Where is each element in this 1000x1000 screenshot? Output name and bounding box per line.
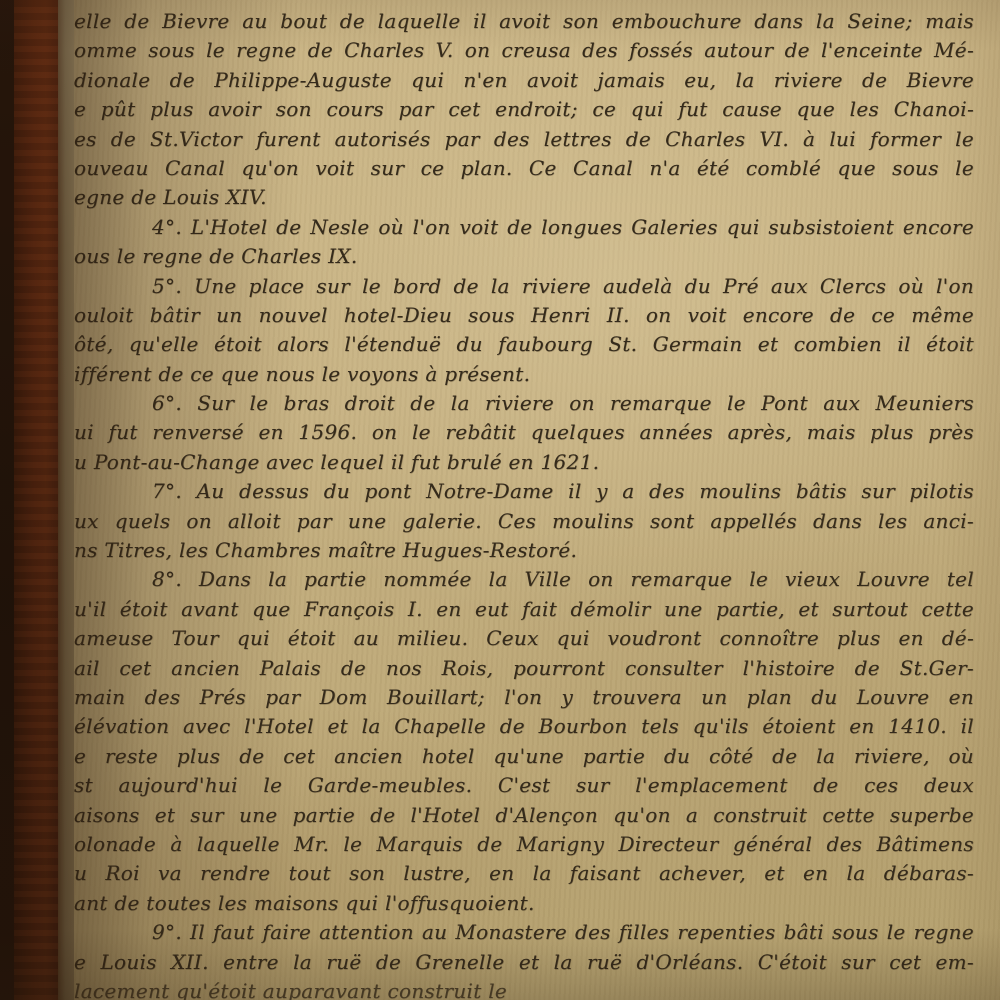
manuscript-line: 5°. Une place sur le bord de la riviere …: [74, 272, 974, 301]
manuscript-line: lacement qu'étoit auparavant construit l…: [74, 977, 974, 1000]
manuscript-line: e Louis XII. entre la ruë de Grenelle et…: [74, 948, 974, 977]
manuscript-line: 6°. Sur le bras droit de la riviere on r…: [74, 389, 974, 418]
manuscript-line: ôté, qu'elle étoit alors l'étenduë du fa…: [74, 330, 974, 359]
manuscript-line: e pût plus avoir son cours par cet endro…: [74, 95, 974, 124]
manuscript-line: ail cet ancien Palais de nos Rois, pourr…: [74, 654, 974, 683]
manuscript-line: ous le regne de Charles IX.: [74, 242, 974, 271]
manuscript-line: ifférent de ce que nous le voyons à prés…: [74, 360, 974, 389]
manuscript-line: u Roi va rendre tout son lustre, en la f…: [74, 859, 974, 888]
manuscript-line: 9°. Il faut faire attention au Monastere…: [74, 918, 974, 947]
manuscript-line: aisons et sur une partie de l'Hotel d'Al…: [74, 801, 974, 830]
manuscript-line: es de St.Victor furent autorisés par des…: [74, 125, 974, 154]
manuscript-line: ameuse Tour qui étoit au milieu. Ceux qu…: [74, 624, 974, 653]
manuscript-text: elle de Bievre au bout de laquelle il av…: [60, 0, 1000, 1000]
manuscript-line: ux quels on alloit par une galerie. Ces …: [74, 507, 974, 536]
manuscript-line: élévation avec l'Hotel et la Chapelle de…: [74, 712, 974, 741]
manuscript-line: 8°. Dans la partie nommée la Ville on re…: [74, 565, 974, 594]
manuscript-line: 7°. Au dessus du pont Notre-Dame il y a …: [74, 477, 974, 506]
manuscript-page: elle de Bievre au bout de laquelle il av…: [0, 0, 1000, 1000]
book-spine: [14, 0, 58, 1000]
manuscript-line: ns Titres, les Chambres maître Hugues-Re…: [74, 536, 974, 565]
manuscript-line: main des Prés par Dom Bouillart; l'on y …: [74, 683, 974, 712]
manuscript-line: ouveau Canal qu'on voit sur ce plan. Ce …: [74, 154, 974, 183]
manuscript-line: dionale de Philippe-Auguste qui n'en avo…: [74, 66, 974, 95]
manuscript-line: 4°. L'Hotel de Nesle où l'on voit de lon…: [74, 213, 974, 242]
manuscript-line: u'il étoit avant que François I. en eut …: [74, 595, 974, 624]
manuscript-line: olonade à laquelle Mr. le Marquis de Mar…: [74, 830, 974, 859]
book-spine-shadow: [0, 0, 14, 1000]
manuscript-line: e reste plus de cet ancien hotel qu'une …: [74, 742, 974, 771]
manuscript-line: egne de Louis XIV.: [74, 183, 974, 212]
manuscript-line: omme sous le regne de Charles V. on creu…: [74, 36, 974, 65]
manuscript-line: ant de toutes les maisons qui l'offusquo…: [74, 889, 974, 918]
manuscript-line: ui fut renversé en 1596. on le rebâtit q…: [74, 418, 974, 447]
manuscript-line: elle de Bievre au bout de laquelle il av…: [74, 7, 974, 36]
manuscript-line: u Pont-au-Change avec lequel il fut brul…: [74, 448, 974, 477]
manuscript-line: ouloit bâtir un nouvel hotel-Dieu sous H…: [74, 301, 974, 330]
manuscript-line: st aujourd'hui le Garde-meubles. C'est s…: [74, 771, 974, 800]
